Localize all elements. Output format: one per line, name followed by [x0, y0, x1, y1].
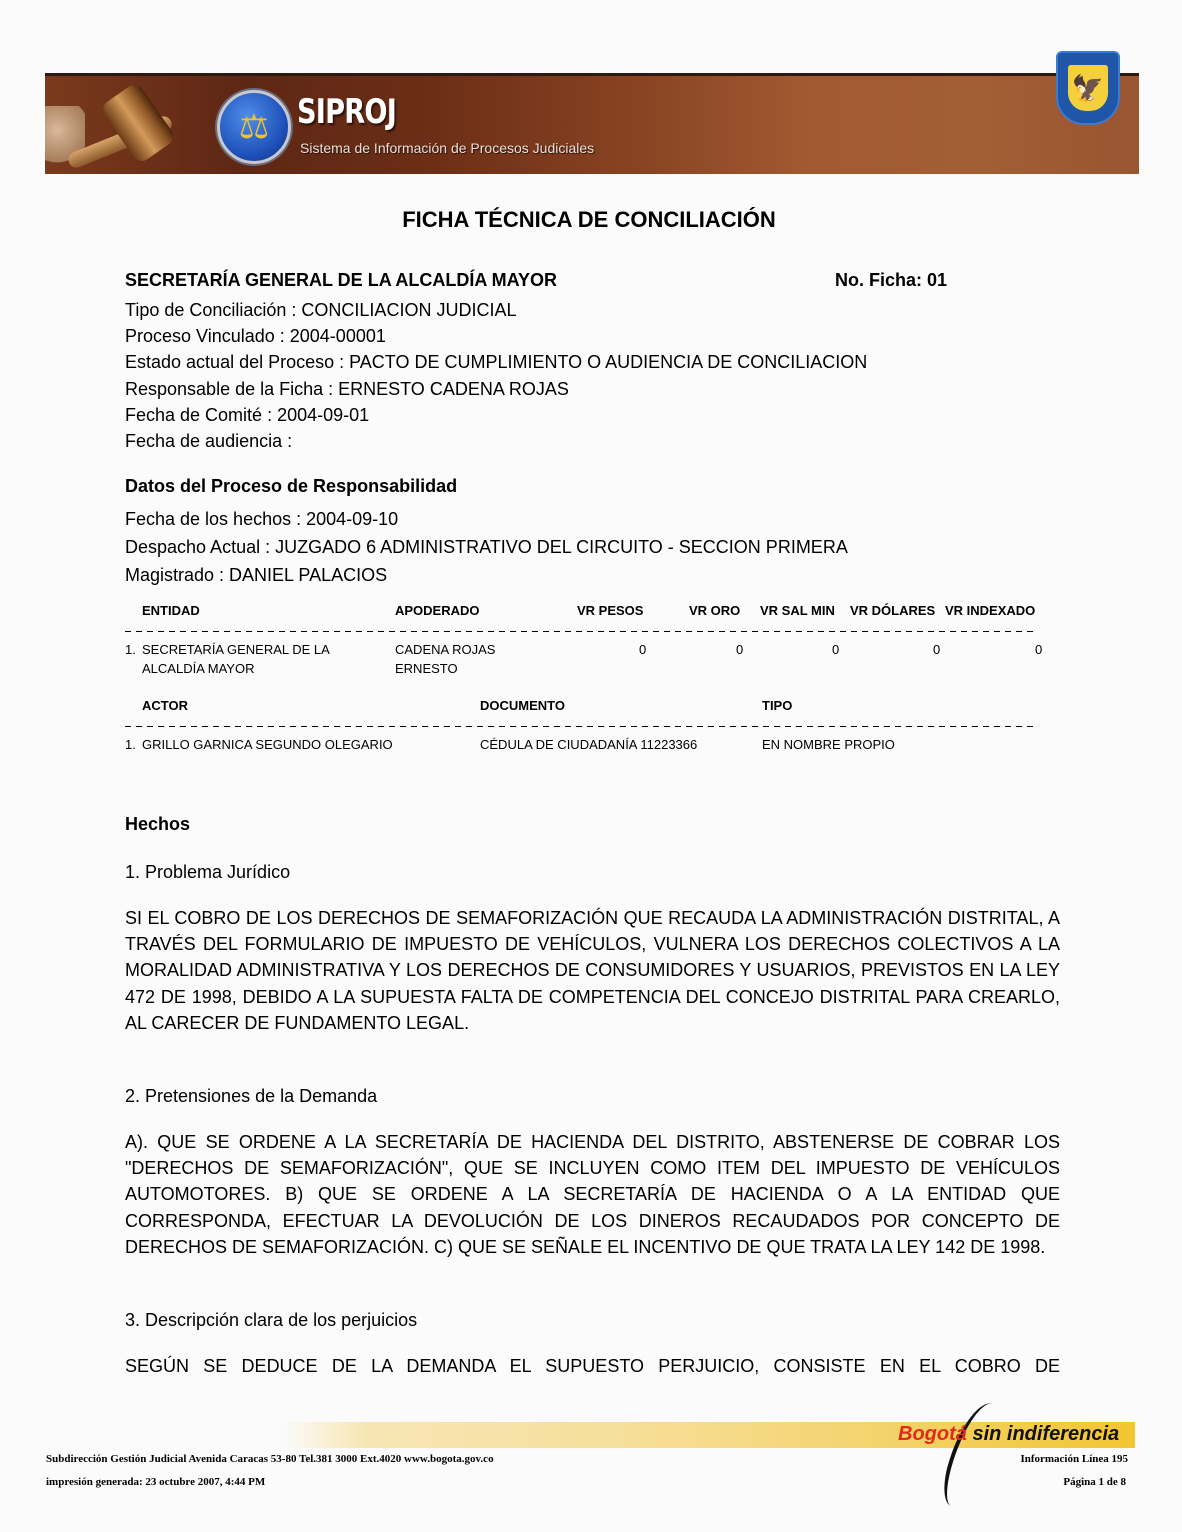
ficha-fields: Tipo de Conciliación : CONCILIACION JUDI…	[125, 297, 867, 454]
cell-vr-indexado: 0	[1035, 640, 1042, 659]
bogota-logo: Bogotá sin indiferencia	[898, 1423, 1119, 1446]
cell-apoderado: CADENA ROJAS ERNESTO	[395, 640, 495, 678]
footer-info-line: Información Línea 195	[1020, 1453, 1128, 1465]
col-entidad: ENTIDAD	[142, 603, 200, 618]
cell-vr-oro: 0	[736, 640, 743, 659]
hechos-text-1: SI EL COBRO DE LOS DERECHOS DE SEMAFORIZ…	[125, 905, 1060, 1036]
footer-printed: impresión generada: 23 octubre 2007, 4:4…	[46, 1476, 265, 1488]
field-proceso-vinculado: Proceso Vinculado : 2004-00001	[125, 323, 867, 349]
field-responsable: Responsable de la Ficha : ERNESTO CADENA…	[125, 376, 867, 402]
bogota-crest-icon: 🦅	[1056, 51, 1120, 125]
siproj-banner: ⚖ SIPROJ Sistema de Información de Proce…	[45, 73, 1139, 174]
cell-tipo: EN NOMBRE PROPIO	[762, 735, 895, 754]
table-divider	[125, 726, 1035, 728]
field-despacho: Despacho Actual : JUZGADO 6 ADMINISTRATI…	[125, 533, 848, 561]
table-divider	[125, 631, 1035, 633]
col-vr-dolares: VR DÓLARES	[850, 603, 935, 618]
hechos-heading-2: 2. Pretensiones de la Demanda	[125, 1086, 377, 1107]
field-fecha-hechos: Fecha de los hechos : 2004-09-10	[125, 505, 848, 533]
cell-actor: GRILLO GARNICA SEGUNDO OLEGARIO	[142, 735, 393, 754]
col-apoderado: APODERADO	[395, 603, 480, 618]
field-magistrado: Magistrado : DANIEL PALACIOS	[125, 561, 848, 589]
cell-vr-dolares: 0	[933, 640, 940, 659]
field-fecha-comite: Fecha de Comité : 2004-09-01	[125, 402, 867, 428]
ficha-number: No. Ficha: 01	[835, 270, 947, 291]
footer-page-number: Página 1 de 8	[1063, 1476, 1126, 1488]
footer-address: Subdirección Gestión Judicial Avenida Ca…	[46, 1453, 494, 1465]
field-tipo-conciliacion: Tipo de Conciliación : CONCILIACION JUDI…	[125, 297, 867, 323]
hechos-heading-3: 3. Descripción clara de los perjuicios	[125, 1310, 417, 1331]
field-fecha-audiencia: Fecha de audiencia :	[125, 428, 867, 454]
cell-vr-pesos: 0	[639, 640, 646, 659]
entity-heading-row: SECRETARÍA GENERAL DE LA ALCALDÍA MAYOR …	[125, 270, 947, 291]
hechos-text-2: A). QUE SE ORDENE A LA SECRETARÍA DE HAC…	[125, 1129, 1060, 1260]
process-section-title: Datos del Proceso de Responsabilidad	[125, 476, 457, 497]
col-tipo: TIPO	[762, 698, 792, 713]
col-documento: DOCUMENTO	[480, 698, 565, 713]
col-vr-pesos: VR PESOS	[577, 603, 643, 618]
cell-vr-sal-min: 0	[832, 640, 839, 659]
hechos-text-3: SEGÚN SE DEDUCE DE LA DEMANDA EL SUPUEST…	[125, 1353, 1060, 1379]
app-title: SIPROJ	[297, 92, 396, 132]
hechos-heading-1: 1. Problema Jurídico	[125, 862, 290, 883]
app-subtitle: Sistema de Información de Procesos Judic…	[300, 140, 594, 156]
hechos-title: Hechos	[125, 814, 190, 835]
process-fields: Fecha de los hechos : 2004-09-10 Despach…	[125, 505, 848, 589]
document-title: FICHA TÉCNICA DE CONCILIACIÓN	[0, 207, 1178, 233]
entity-heading: SECRETARÍA GENERAL DE LA ALCALDÍA MAYOR	[125, 270, 557, 291]
swoosh-graphic	[936, 1397, 1008, 1514]
scales-of-justice-icon: ⚖	[217, 90, 291, 164]
field-estado-proceso: Estado actual del Proceso : PACTO DE CUM…	[125, 349, 867, 375]
cell-entidad: SECRETARÍA GENERAL DE LA ALCALDÍA MAYOR	[142, 640, 330, 678]
col-vr-oro: VR ORO	[689, 603, 740, 618]
cell-documento: CÉDULA DE CIUDADANÍA 11223366	[480, 735, 697, 754]
col-vr-indexado: VR INDEXADO	[945, 603, 1035, 618]
col-vr-sal-min: VR SAL MIN	[760, 603, 835, 618]
eagle-icon: 🦅	[1068, 65, 1108, 111]
col-actor: ACTOR	[142, 698, 188, 713]
